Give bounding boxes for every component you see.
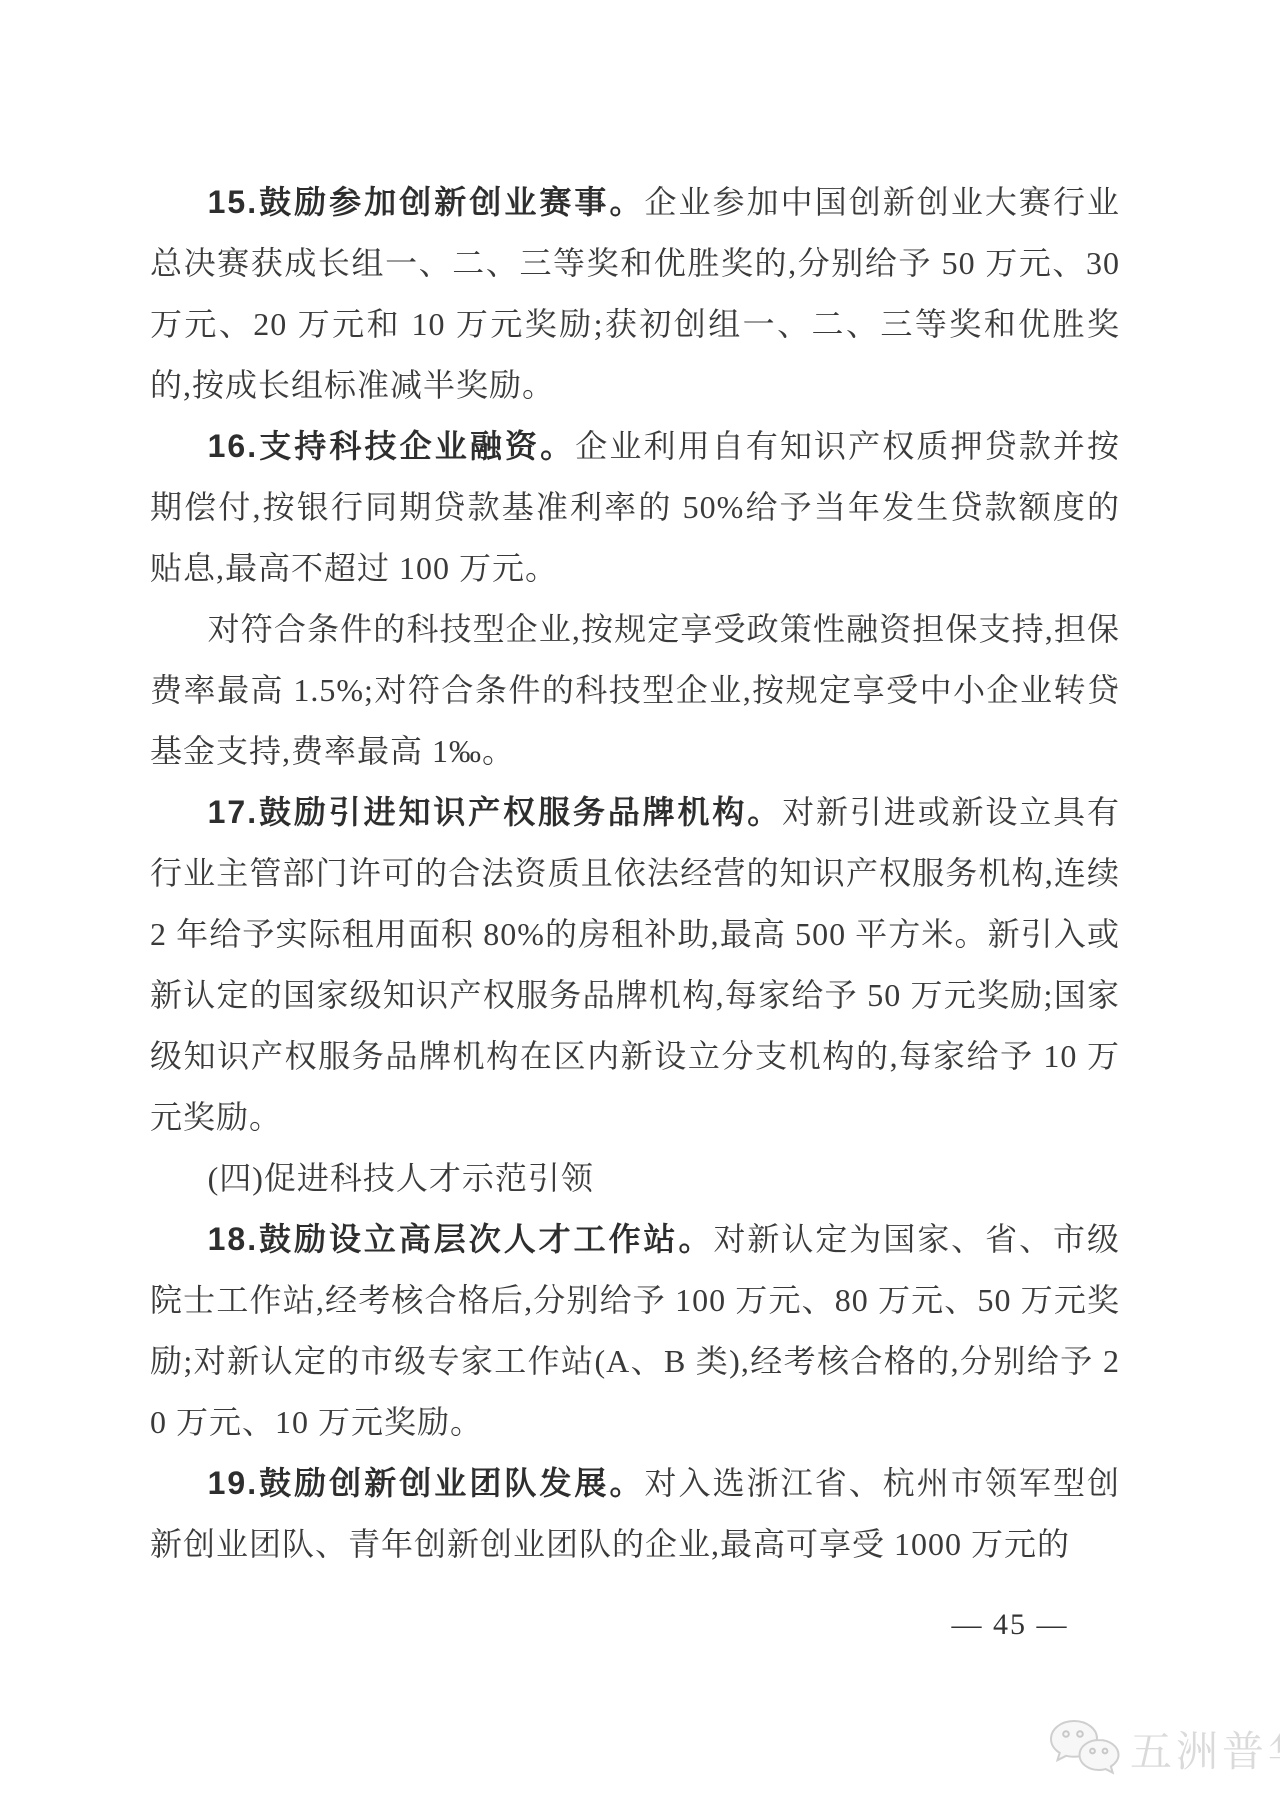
document-page: 15.鼓励参加创新创业赛事。企业参加中国创新创业大赛行业总决赛获成长组一、二、三… [0,0,1280,1810]
section-heading-4: (四)促进科技人才示范引领 [150,1148,1120,1209]
paragraph-lead-19: 19.鼓励创新创业团队发展。 [208,1465,645,1501]
wechat-icon [1046,1716,1120,1781]
paragraph-lead-17: 17.鼓励引进知识产权服务品牌机构。 [208,794,783,830]
page-number: — 45 — [930,1608,1090,1642]
paragraph-lead-16: 16.支持科技企业融资。 [208,428,576,464]
watermark-text: 五洲普华 [1130,1719,1280,1779]
paragraph-lead-15: 15.鼓励参加创新创业赛事。 [208,184,645,220]
paragraph-item-16-sub: 对符合条件的科技型企业,按规定享受政策性融资担保支持,担保费率最高 1.5%;对… [150,599,1120,782]
paragraph-item-18: 18.鼓励设立高层次人才工作站。对新认定为国家、省、市级院士工作站,经考核合格后… [150,1209,1120,1453]
paragraph-item-19: 19.鼓励创新创业团队发展。对入选浙江省、杭州市领军型创新创业团队、青年创新创业… [150,1453,1120,1575]
paragraph-item-16: 16.支持科技企业融资。企业利用自有知识产权质押贷款并按期偿付,按银行同期贷款基… [150,416,1120,599]
paragraph-body-17: 对新引进或新设立具有行业主管部门许可的合法资质且依法经营的知识产权服务机构,连续… [150,794,1120,1135]
paragraph-body-16-sub: 对符合条件的科技型企业,按规定享受政策性融资担保支持,担保费率最高 1.5%;对… [150,611,1120,769]
paragraph-item-17: 17.鼓励引进知识产权服务品牌机构。对新引进或新设立具有行业主管部门许可的合法资… [150,782,1120,1148]
document-body: 15.鼓励参加创新创业赛事。企业参加中国创新创业大赛行业总决赛获成长组一、二、三… [150,172,1120,1575]
paragraph-lead-18: 18.鼓励设立高层次人才工作站。 [208,1221,714,1257]
watermark: 五洲普华 [1046,1716,1280,1781]
section-heading-4-text: (四)促进科技人才示范引领 [208,1160,594,1196]
paragraph-item-15: 15.鼓励参加创新创业赛事。企业参加中国创新创业大赛行业总决赛获成长组一、二、三… [150,172,1120,416]
